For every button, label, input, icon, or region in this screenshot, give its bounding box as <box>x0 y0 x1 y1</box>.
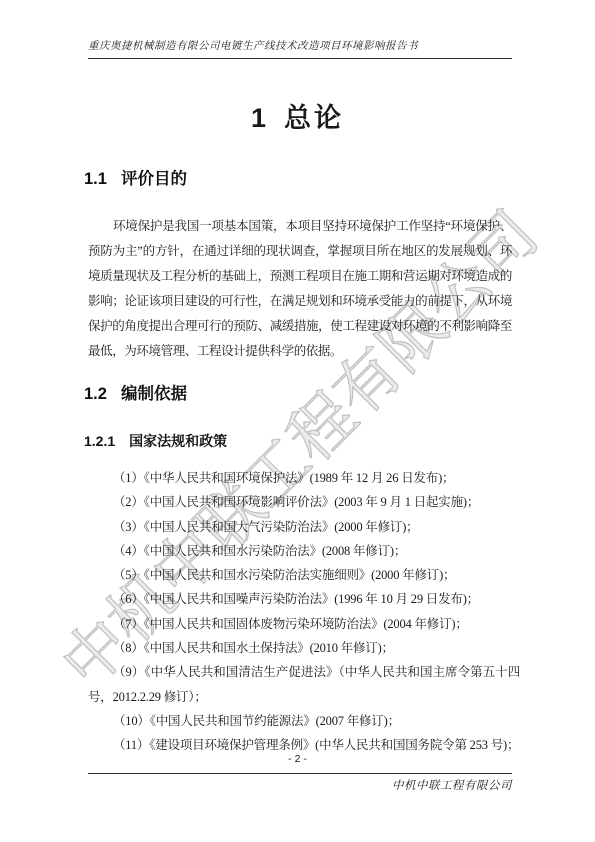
law-item-6: （6）《中国人民共和国噪声污染防治法》(1996 年 10 月 29 日发布)； <box>88 587 520 611</box>
section-1-2-1-title: 国家法规和政策 <box>129 433 227 449</box>
chapter-title: 1总论 <box>0 96 595 135</box>
section-heading-1-2: 1.2编制依据 <box>84 380 187 404</box>
section-1-1-number: 1.1 <box>84 170 107 188</box>
section-1-1-title: 评价目的 <box>121 170 187 188</box>
section-1-2-1-number: 1.2.1 <box>84 433 115 449</box>
section-1-2-number: 1.2 <box>84 385 107 403</box>
section-1-2-title: 编制依据 <box>121 385 187 403</box>
section-heading-1-2-1: 1.2.1国家法规和政策 <box>84 431 227 451</box>
law-item-7: （7）《中国人民共和国固体废物污染环境防治法》(2004 年修订)； <box>88 612 520 636</box>
page-number: - 2 - <box>0 753 595 765</box>
law-item-3: （3）《中国人民共和国大气污染防治法》(2000 年修订)； <box>88 515 520 539</box>
law-item-5: （5）《中国人民共和国水污染防治法实施细则》(2000 年修订)； <box>88 563 520 587</box>
chapter-number: 1 <box>251 103 266 133</box>
chapter-name: 总论 <box>284 103 344 133</box>
page-header: 重庆奥捷机械制造有限公司电镀生产线技术改造项目环境影响报告书 <box>88 38 512 59</box>
law-item-10: （10）《中国人民共和国节约能源法》(2007 年修订)； <box>88 709 520 733</box>
footer-divider <box>88 773 512 774</box>
header-document-title: 重庆奥捷机械制造有限公司电镀生产线技术改造项目环境影响报告书 <box>88 41 418 52</box>
law-list: （1）《中华人民共和国环境保护法》(1989 年 12 月 26 日发布)； （… <box>88 466 520 758</box>
purpose-paragraph: 环境保护是我国一项基本国策，本项目坚持环境保护工作坚持“环境保护、预防为主”的方… <box>88 214 512 364</box>
law-item-9: （9）《中华人民共和国清洁生产促进法》（中华人民共和国主席令第五十四号，2012… <box>88 660 520 709</box>
law-item-4: （4）《中国人民共和国水污染防治法》(2008 年修订)； <box>88 539 520 563</box>
section-heading-1-1: 1.1评价目的 <box>84 165 187 189</box>
footer-company-name: 中机中联工程有限公司 <box>392 777 512 793</box>
law-item-2: （2）《中国人民共和国环境影响评价法》(2003 年 9 月 1 日起实施)； <box>88 490 520 514</box>
document-page: 中机中联工程有限公司 重庆奥捷机械制造有限公司电镀生产线技术改造项目环境影响报告… <box>0 0 595 842</box>
content-layer: 重庆奥捷机械制造有限公司电镀生产线技术改造项目环境影响报告书 1总论 1.1评价… <box>0 0 595 842</box>
law-item-8: （8）《中国人民共和国水土保持法》(2010 年修订)； <box>88 636 520 660</box>
law-item-1: （1）《中华人民共和国环境保护法》(1989 年 12 月 26 日发布)； <box>88 466 520 490</box>
